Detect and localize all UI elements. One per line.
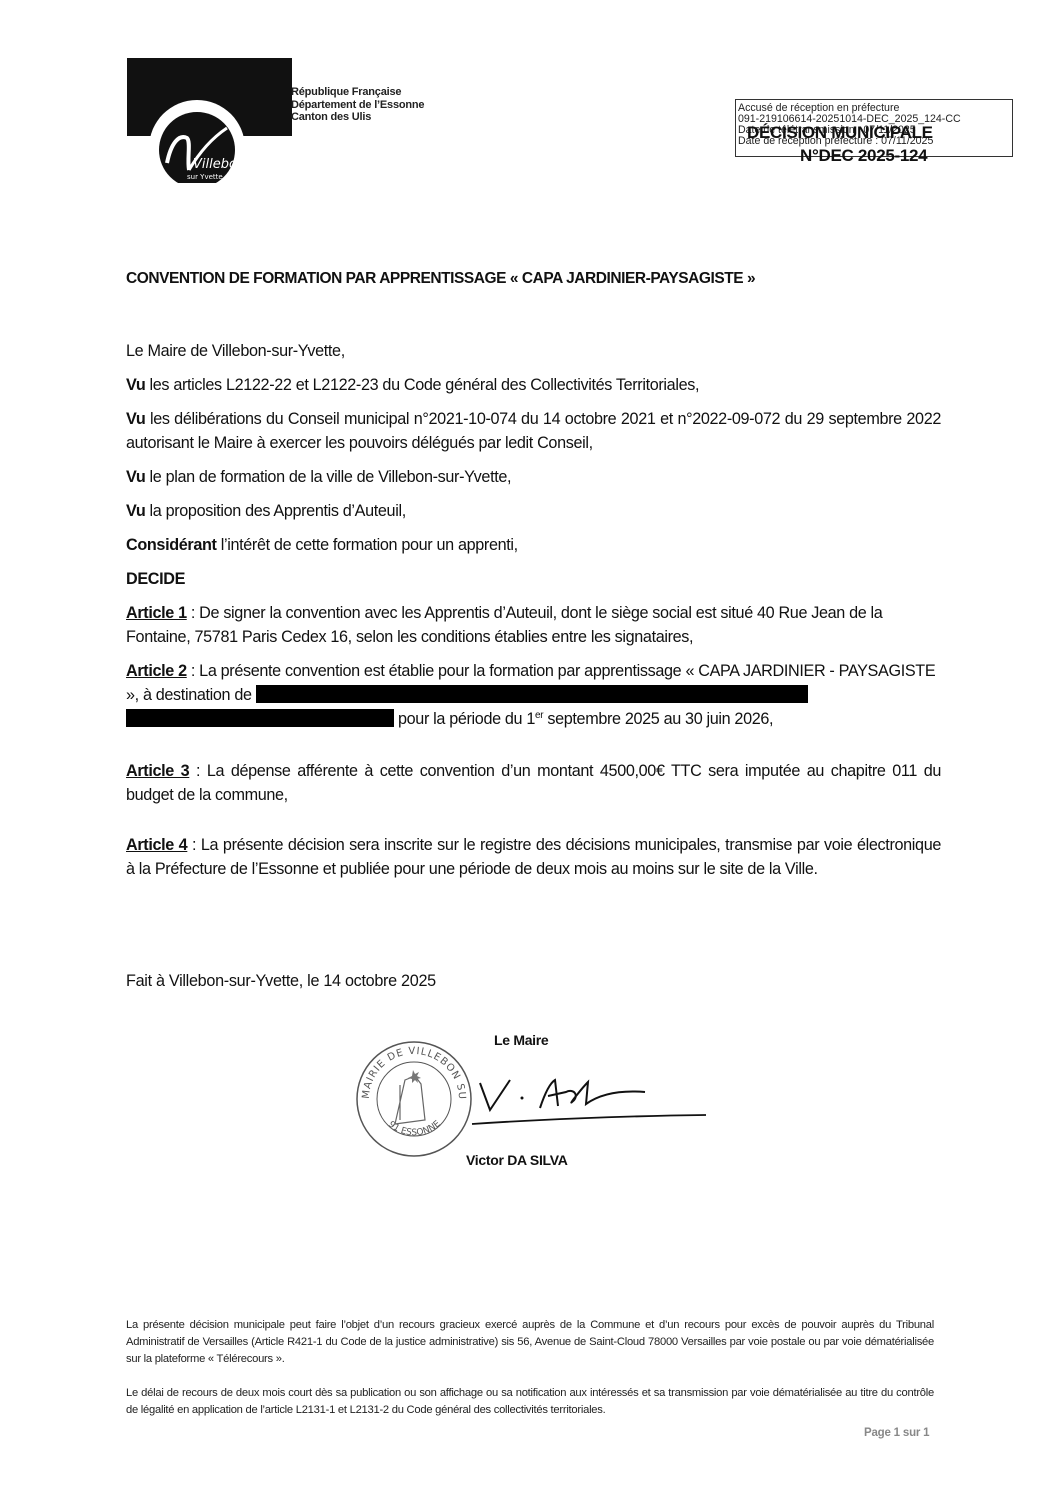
place-and-date: Fait à Villebon-sur-Yvette, le 14 octobr… [126, 972, 436, 991]
consideration-2: Vu les délibérations du Conseil municipa… [126, 407, 941, 455]
article-3: Article 3 : La dépense afférente à cette… [126, 759, 941, 807]
header-line-republic: République Française [291, 86, 424, 99]
header-authority: République Française Département de l’Es… [291, 86, 424, 124]
consideration-3: Vu le plan de formation de la ville de V… [126, 465, 941, 489]
redacted-block [256, 685, 808, 703]
mayor-signature [470, 1068, 710, 1128]
article-4: Article 4 : La présente décision sera in… [126, 833, 941, 881]
page-number: Page 1 sur 1 [864, 1427, 929, 1439]
article-3-label: Article 3 [126, 762, 189, 780]
decision-title: DÉCISION MUNICIPALE [747, 123, 933, 143]
document-page: Villebon sur Yvette République Française… [0, 0, 1058, 1497]
svg-text:sur Yvette: sur Yvette [187, 173, 223, 181]
decide-heading: DECIDE [126, 567, 941, 591]
signatory-name: Victor DA SILVA [466, 1152, 568, 1168]
footer-appeal-notice: La présente décision municipale peut fai… [126, 1317, 934, 1368]
signatory-title: Le Maire [494, 1032, 548, 1048]
article-2: Article 2 : La présente convention est é… [126, 659, 941, 731]
consideration-4: Vu la proposition des Apprentis d’Auteui… [126, 499, 941, 523]
article-2-label: Article 2 [126, 662, 187, 680]
article-1: Article 1 : De signer la convention avec… [126, 601, 941, 649]
intro-line: Le Maire de Villebon-sur-Yvette, [126, 339, 941, 363]
consideration-1: Vu les articles L2122-22 et L2122-23 du … [126, 373, 941, 397]
decision-number: N°DEC 2025-124 [800, 146, 927, 166]
mairie-seal-icon: MAIRIE DE VILLEBON SUR YVETTE 91 ESSONNE [355, 1040, 473, 1158]
redacted-block [126, 709, 394, 727]
footer-deadline-notice: Le délai de recours de deux mois court d… [126, 1385, 934, 1419]
villebon-logo: Villebon sur Yvette [127, 58, 292, 183]
header-line-canton: Canton des Ulis [291, 111, 424, 124]
article-1-label: Article 1 [126, 604, 187, 622]
document-title: CONVENTION DE FORMATION PAR APPRENTISSAG… [126, 270, 755, 288]
consideration-5: Considérant l’intérêt de cette formation… [126, 533, 941, 557]
svg-text:Villebon: Villebon [193, 157, 245, 172]
article-4-label: Article 4 [126, 836, 187, 854]
header-line-department: Département de l’Essonne [291, 99, 424, 112]
